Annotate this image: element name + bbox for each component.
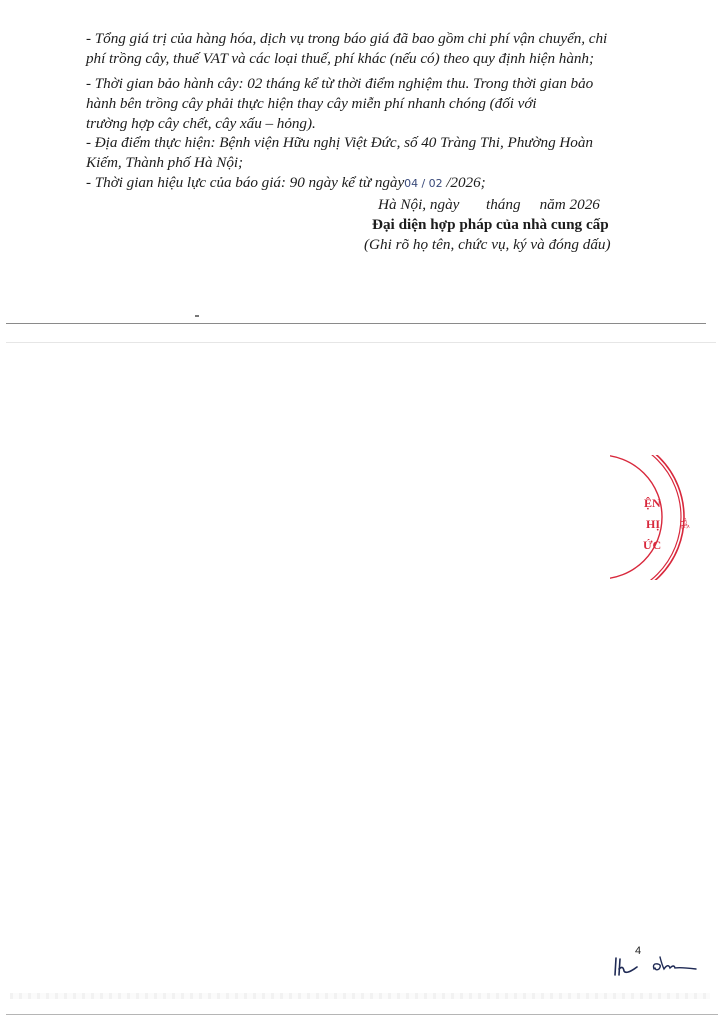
text-line: - Địa điểm thực hiện: Bệnh viện Hữu nghị… [86,134,593,152]
text-line: - Thời gian bảo hành cây: 02 tháng kể từ… [86,75,593,93]
svg-text:ỆN: ỆN [644,496,661,510]
svg-text:TẾ: TẾ [678,518,690,531]
scan-noise [10,993,710,999]
text-line: phí trồng cây, thuế VAT và các loại thuế… [86,50,594,68]
bottom-divider [6,1014,718,1015]
text-line: hành bên trồng cây phải thực hiện thay c… [86,95,537,113]
signature-note: (Ghi rõ họ tên, chức vụ, ký và đóng dấu) [364,236,611,254]
validity-line: - Thời gian hiệu lực của báo giá: 90 ngà… [86,174,486,192]
svg-text:HỊ: HỊ [646,517,660,531]
initials-signature-icon [612,955,642,980]
text-line: trường hợp cây chết, cây xấu – hỏng). [86,115,316,133]
validity-text: - Thời gian hiệu lực của báo giá: 90 ngà… [86,174,404,191]
page-divider-faint [6,342,716,343]
official-stamp: ỆN HỊ ỨC TẾ [610,455,720,580]
text-line: - Tổng giá trị của hàng hóa, dịch vụ tro… [86,30,607,48]
handwritten-date: 04 / 02 [404,177,442,190]
signature-title: Đại diện hợp pháp của nhà cung cấp [372,216,609,234]
stamp-rings-icon: ỆN HỊ ỨC TẾ [610,455,720,580]
scan-speck [195,315,199,317]
svg-text:ỨC: ỨC [643,538,661,552]
date-suffix: /2026; [443,174,486,191]
page-divider [6,323,706,324]
text-line: Kiếm, Thành phố Hà Nội; [86,154,243,172]
place-date: Hà Nội, ngày tháng năm 2026 [378,196,600,214]
signature-icon [650,955,700,975]
